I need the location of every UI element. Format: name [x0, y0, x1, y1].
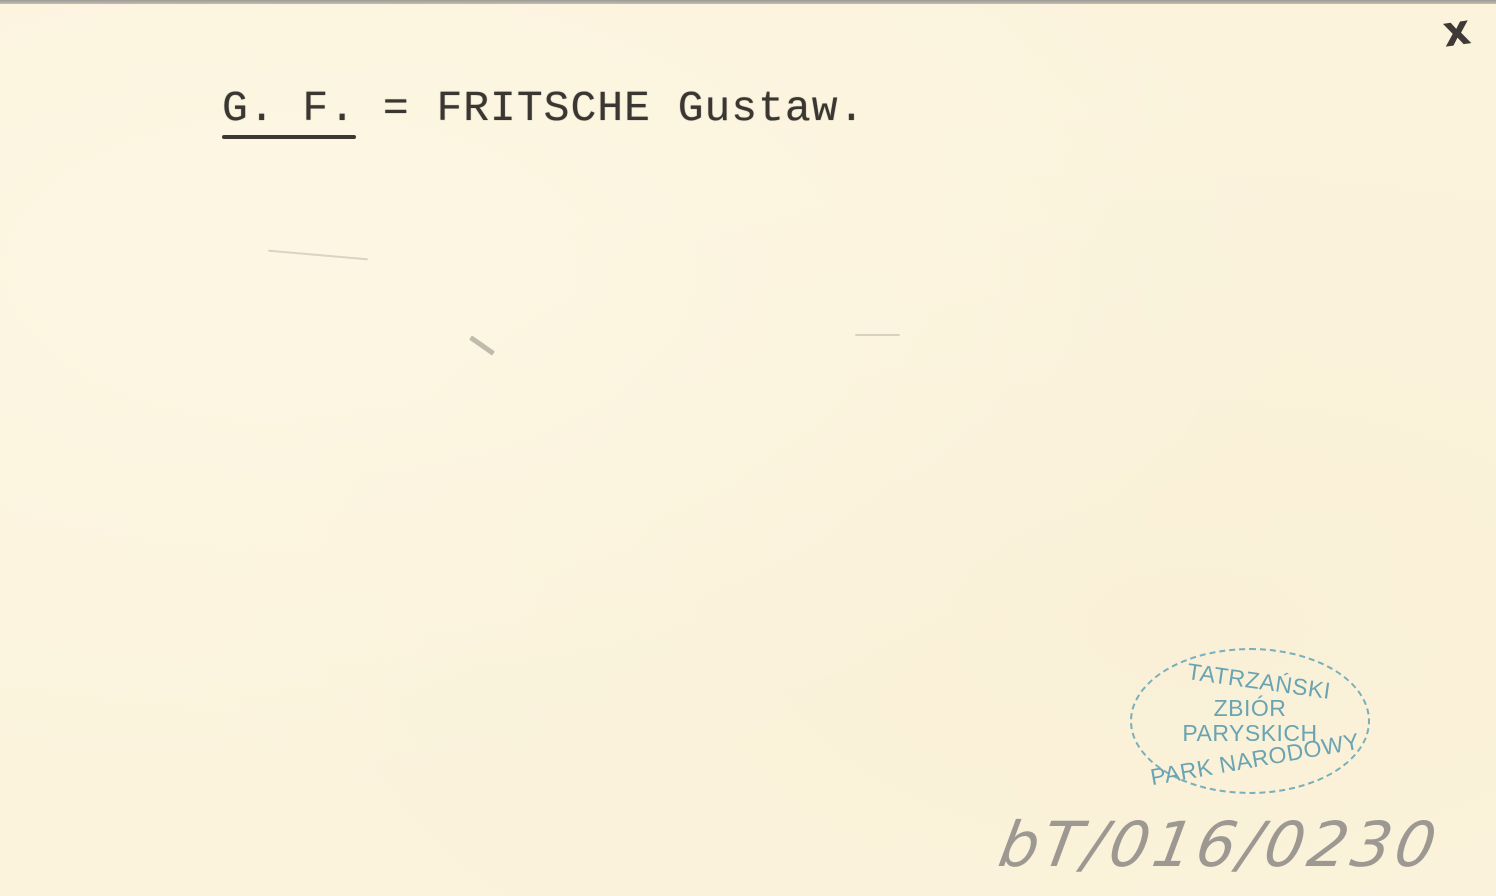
full-name: FRITSCHE Gustaw.	[436, 84, 865, 133]
abbreviation: G. F.	[222, 84, 356, 133]
index-card: G. F. = FRITSCHE Gustaw. x TATRZAŃSKI ZB…	[0, 0, 1496, 896]
card-heading: G. F. = FRITSCHE Gustaw.	[222, 84, 865, 133]
equals-sign: =	[356, 84, 436, 133]
library-stamp: TATRZAŃSKI ZBIÓR PARYSKICH PARK NARODOWY	[1130, 648, 1370, 794]
paper-mark	[469, 335, 495, 355]
paper-scratch	[268, 250, 368, 261]
stamp-line-2: ZBIÓR	[1132, 697, 1368, 720]
corner-x-mark: x	[1440, 4, 1474, 56]
card-top-edge	[0, 0, 1496, 4]
paper-scratch	[855, 334, 900, 336]
catalog-number: bT/016/0230	[994, 808, 1446, 881]
